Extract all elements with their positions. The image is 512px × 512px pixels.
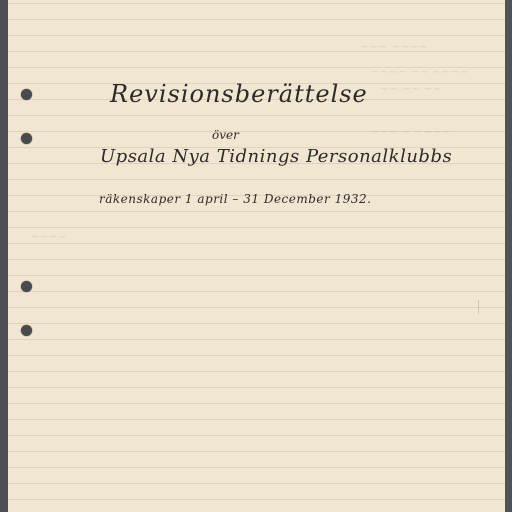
scan-background-right [505, 0, 512, 512]
bleed-through-text: ~~~ ~~~~ [360, 40, 428, 53]
punch-hole-3 [21, 281, 32, 292]
bleed-through-text: ~~~~ [30, 230, 67, 243]
accounting-period: räkenskaper 1 april – 31 December 1932. [99, 192, 371, 206]
organization-name: Upsala Nya Tidnings Personalklubbs [100, 146, 452, 167]
bleed-through-text: ~~~ ~ ~~~~ [370, 125, 451, 138]
document-title: Revisionsberättelse [110, 80, 368, 108]
bleed-through-text: ~~ ~~ ~~ [380, 82, 442, 95]
punch-hole-2 [21, 133, 32, 144]
margin-mark [478, 300, 479, 314]
document-subtitle-over: över [212, 128, 239, 142]
bleed-through-text: ~~~~ ~~ ~~~~ [370, 65, 469, 78]
punch-hole-4 [21, 325, 32, 336]
scan-background-left [0, 0, 8, 512]
punch-hole-1 [21, 89, 32, 100]
